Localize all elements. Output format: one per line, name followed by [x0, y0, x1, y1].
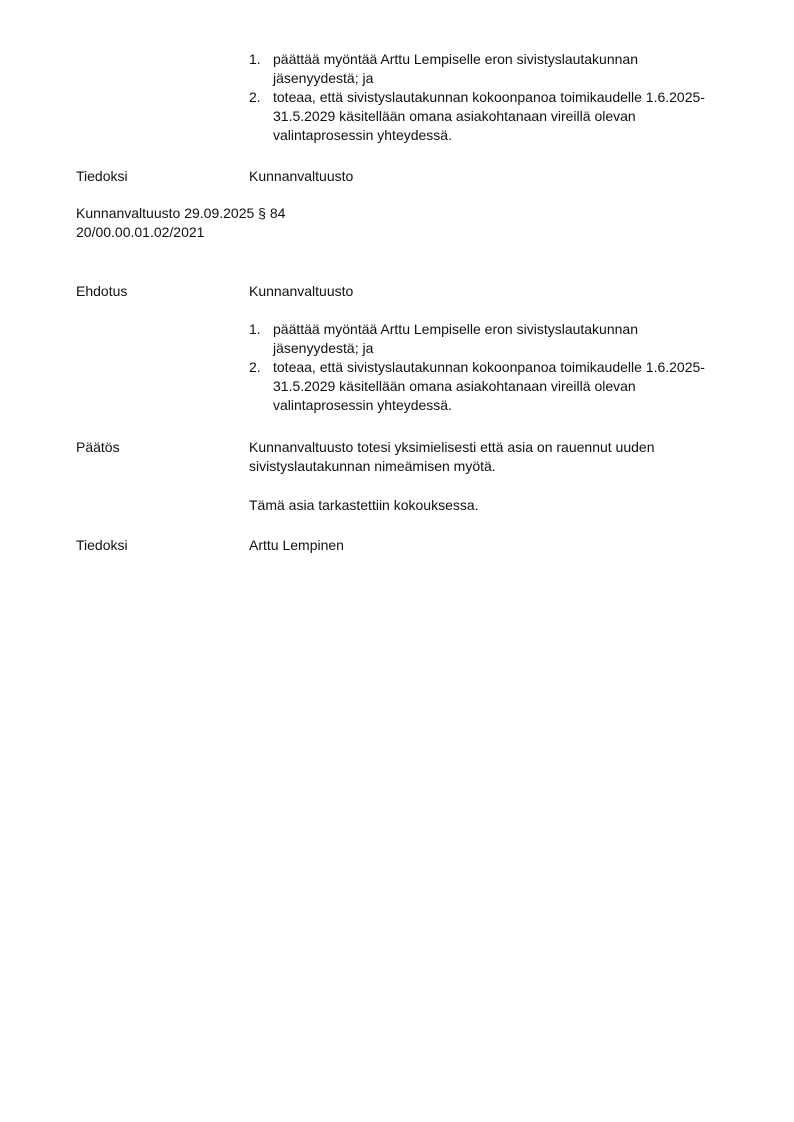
- list-number: 1.: [249, 320, 261, 339]
- list-line: jäsenyydestä; ja: [273, 69, 739, 88]
- paatos-label: Päätös: [76, 438, 120, 457]
- tarkastettu-note: Tämä asia tarkastettiin kokouksessa.: [249, 496, 479, 515]
- list-item: 1. päättää myöntää Arttu Lempiselle eron…: [249, 50, 739, 88]
- meeting-header: Kunnanvaltuusto 29.09.2025 § 84: [76, 204, 285, 223]
- tiedoksi-label: Tiedoksi: [76, 167, 128, 186]
- list-item: 2. toteaa, että sivistyslautakunnan koko…: [249, 88, 739, 145]
- list-item: 1. päättää myöntää Arttu Lempiselle eron…: [249, 320, 739, 358]
- list-line: toteaa, että sivistyslautakunnan kokoonp…: [273, 358, 739, 377]
- list-line: 31.5.2029 käsitellään omana asiakohtanaa…: [273, 377, 739, 396]
- decision-list-2: 1. päättää myöntää Arttu Lempiselle eron…: [249, 320, 739, 415]
- case-id: 20/00.00.01.02/2021: [76, 223, 204, 242]
- tiedoksi-value: Kunnanvaltuusto: [249, 167, 353, 186]
- list-number: 2.: [249, 88, 261, 107]
- tiedoksi-value: Arttu Lempinen: [249, 536, 344, 555]
- ehdotus-label: Ehdotus: [76, 282, 127, 301]
- list-number: 1.: [249, 50, 261, 69]
- list-line: valintaprosessin yhteydessä.: [273, 396, 739, 415]
- tiedoksi-label: Tiedoksi: [76, 536, 128, 555]
- decision-list-1: 1. päättää myöntää Arttu Lempiselle eron…: [249, 50, 739, 145]
- list-line: jäsenyydestä; ja: [273, 339, 739, 358]
- list-line: 31.5.2029 käsitellään omana asiakohtanaa…: [273, 107, 739, 126]
- list-item: 2. toteaa, että sivistyslautakunnan koko…: [249, 358, 739, 415]
- list-number: 2.: [249, 358, 261, 377]
- list-line: valintaprosessin yhteydessä.: [273, 126, 739, 145]
- paatos-line: sivistyslautakunnan nimeämisen myötä.: [249, 457, 496, 476]
- ehdotus-value: Kunnanvaltuusto: [249, 282, 353, 301]
- list-line: toteaa, että sivistyslautakunnan kokoonp…: [273, 88, 739, 107]
- paatos-line: Kunnanvaltuusto totesi yksimielisesti et…: [249, 438, 654, 457]
- list-line: päättää myöntää Arttu Lempiselle eron si…: [273, 320, 739, 339]
- list-line: päättää myöntää Arttu Lempiselle eron si…: [273, 50, 739, 69]
